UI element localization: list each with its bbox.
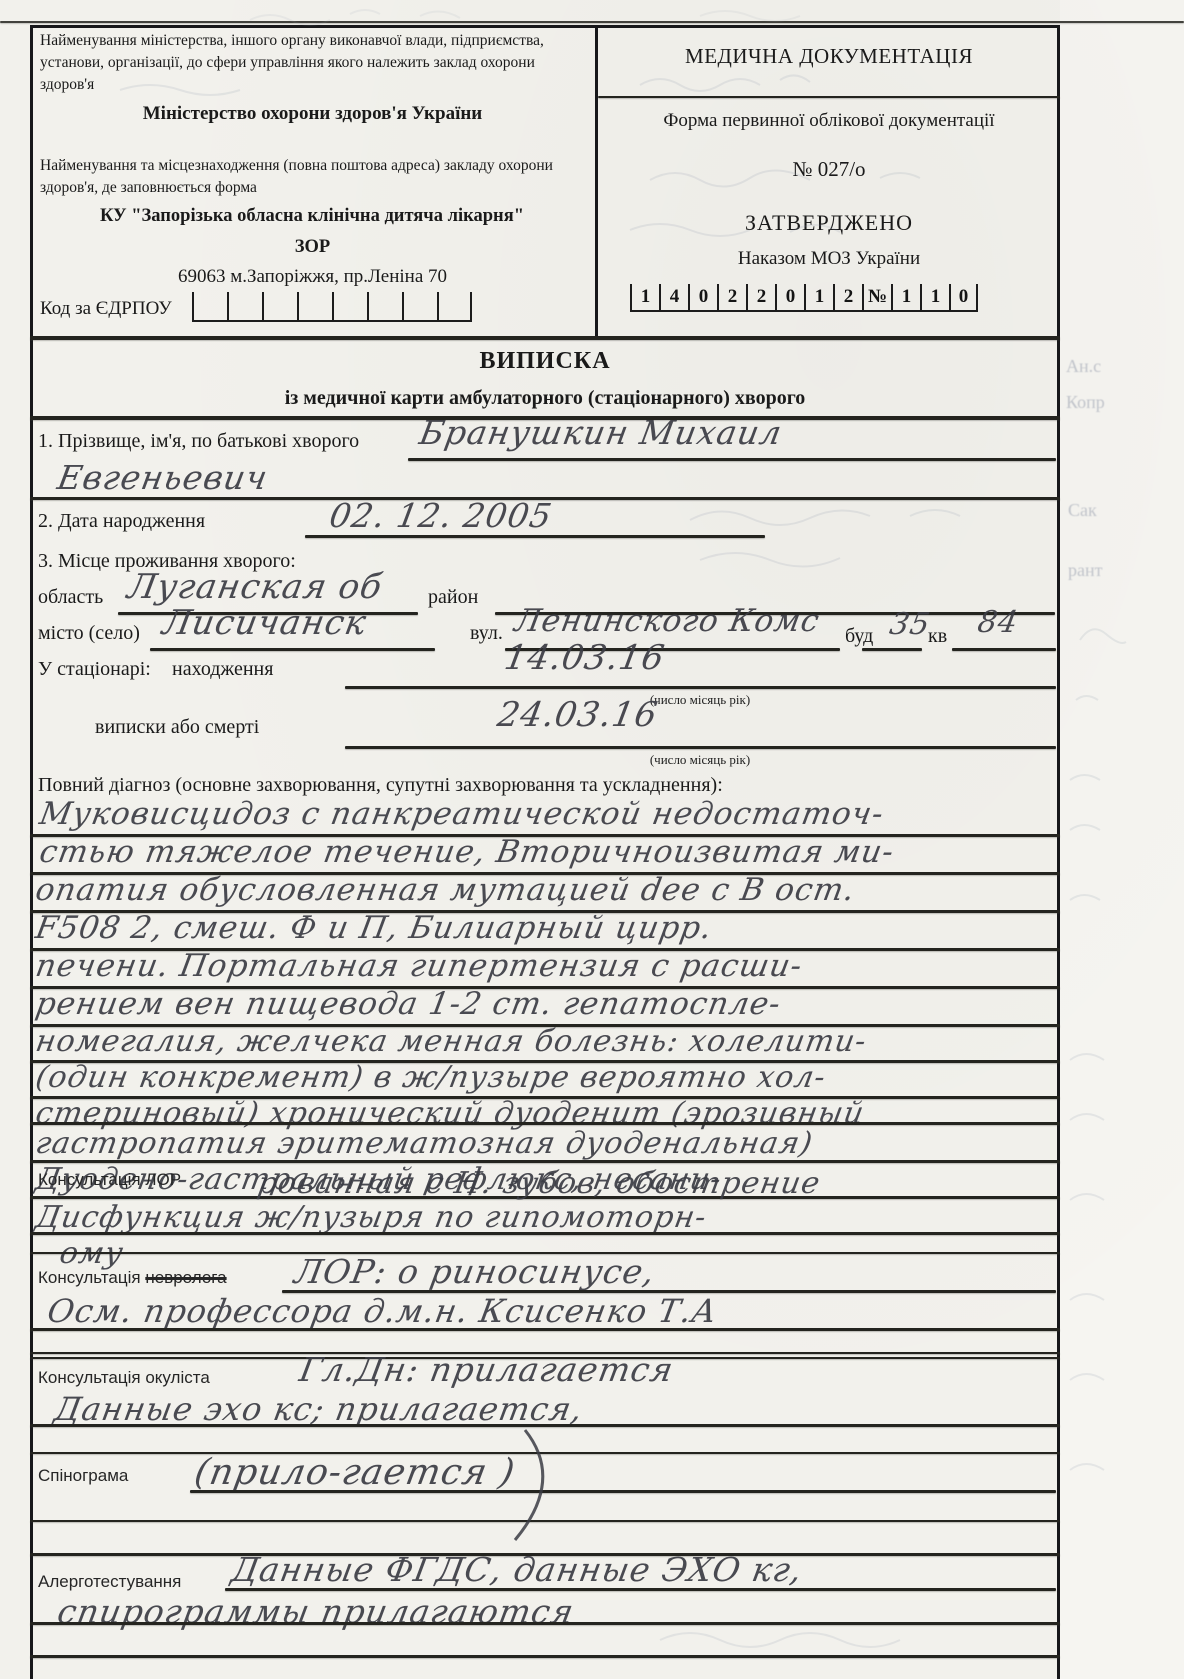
section-rule [30, 1622, 1060, 1625]
street-label: вул. [470, 622, 503, 645]
hospital-label: У стаціонарі: [38, 658, 151, 681]
form-caption: Форма первинної облікової документації [600, 110, 1058, 132]
diagnosis-line: гастропатия эритематозная дуоденальная) [33, 1126, 816, 1161]
birth-date-underline [305, 535, 765, 538]
bleed-through-text: рант [1068, 560, 1103, 581]
ministry-name: Міністерство охорони здоров'я України [40, 103, 585, 125]
form-number: № 027/о [600, 157, 1058, 182]
section-rule [30, 1655, 1060, 1658]
edrpou-cell [437, 292, 472, 322]
doc-type-title: МЕДИЧНА ДОКУМЕНТАЦІЯ [600, 44, 1058, 69]
discharge-underline [345, 746, 1056, 749]
oculist-underline [30, 1424, 1060, 1427]
diagnosis-line: рованная с Н. зубов, обострение [255, 1166, 823, 1201]
order-digit: 1 [804, 284, 833, 312]
bleed-through-text: Копр [1066, 392, 1105, 413]
diagnosis-label: Повний діагноз (основне захворювання, су… [38, 774, 723, 797]
city-label: місто (село) [38, 622, 140, 645]
allergy-underline [225, 1588, 1056, 1591]
admission-date-value: 14.03.16 [501, 638, 667, 678]
spirogram-underline [190, 1490, 1056, 1493]
order-digit: 2 [833, 284, 862, 312]
bleed-through-text: Сак [1068, 500, 1097, 521]
diagnosis-line: Муковисцидоз с панкреатической недостато… [37, 796, 887, 832]
facility-short-name: ЗОР [40, 237, 585, 258]
diagnosis-line: (один конкремент) в ж/пузыре вероятно хо… [33, 1060, 829, 1095]
section-rule [30, 1452, 1060, 1454]
patient-name-value: Бранушкин Михаил [417, 413, 786, 452]
edrpou-cell [262, 292, 297, 322]
approved-label: ЗАТВЕРДЖЕНО [600, 210, 1058, 236]
region-value: Луганская об [124, 567, 385, 607]
diagnosis-line: Дисфункция ж/пузыря по гипомоторн- [33, 1200, 710, 1235]
patient-name-label: 1. Прізвище, ім'я, по батькові хворого [38, 430, 359, 453]
diagnosis-line: F508 2, смеш. Ф и П, Билиарный цирр. [33, 910, 715, 946]
birth-date-value: 02. 12. 2005 [327, 496, 556, 535]
diagnosis-line: рением вен пищевода 1-2 ст. гепатоспле- [33, 986, 784, 1022]
diagnosis-line: печени. Портальная гипертензия с расши- [33, 948, 806, 984]
apartment-value: 84 [975, 605, 1021, 640]
city-underline [150, 648, 435, 651]
name-underline [408, 458, 1056, 461]
order-digit: 0 [949, 284, 978, 312]
order-digit: № [862, 284, 891, 312]
professor-note-underline [30, 1328, 1060, 1331]
birth-date-label: 2. Дата народження [38, 510, 205, 533]
neurologist-note-value: ЛОР: о риносинусе, [292, 1252, 659, 1291]
city-value: Лисичанск [159, 603, 369, 643]
discharge-date-value: 24.03.16 [494, 695, 660, 735]
diagnosis-ruled-line [30, 1232, 1060, 1235]
diagnosis-line: опатия обусловленная мутацией dee с В ос… [33, 872, 858, 908]
professor-exam-note: Осм. профессора д.м.н. Ксисенко Т.А [45, 1292, 721, 1330]
spirogram-label: Спінограма [38, 1466, 128, 1486]
header-column-divider [595, 25, 598, 340]
echo-note-value: Данные эхо кс; прилагается, [52, 1390, 586, 1428]
edrpou-label: Код за ЄДРПОУ [40, 298, 172, 320]
spirogram-attached-note: спирограммы прилагаются [55, 1592, 578, 1631]
apartment-label: кв [928, 625, 947, 648]
neurologist-label-struck: невролога [145, 1268, 226, 1287]
building-label: буд [845, 625, 873, 648]
order-digit: 1 [630, 284, 659, 312]
neurologist-consultation-label: Консультація невролога [38, 1268, 227, 1288]
scan-edge-line [0, 21, 1184, 23]
oculist-consultation-label: Консультація окуліста [38, 1368, 210, 1388]
lor-consultation-label: Консультація ЛОР [38, 1170, 181, 1190]
district-label: район [428, 586, 478, 609]
patient-name-value-2: Евгеньевич [55, 458, 272, 497]
admission-label: находження [172, 658, 273, 681]
order-digit: 1 [920, 284, 949, 312]
order-digit: 0 [688, 284, 717, 312]
edrpou-cell [367, 292, 402, 322]
edrpou-code-boxes [192, 292, 472, 322]
edrpou-cell [192, 292, 227, 322]
edrpou-cell [402, 292, 437, 322]
discharge-date-hint: (число місяць рік) [560, 752, 840, 768]
diagnosis-line: номегалия, желчека менная болезнь: холел… [33, 1024, 870, 1059]
region-label: область [38, 586, 103, 609]
order-digit: 1 [891, 284, 920, 312]
ministry-note: Найменування міністерства, іншого органу… [40, 30, 585, 96]
street-value: Ленинского Комс [512, 603, 823, 639]
diagnosis-ruled-line [30, 1122, 1060, 1125]
header-bottom-rule [30, 336, 1060, 340]
edrpou-cell [227, 292, 262, 322]
scanned-page: Найменування міністерства, іншого органу… [0, 0, 1184, 1679]
diagnosis-line: стью тяжелое течение, Вторичноизвитая ми… [37, 834, 897, 870]
order-digit: 2 [717, 284, 746, 312]
approved-by-label: Наказом МОЗ України [600, 248, 1058, 270]
document-title: ВИПИСКА [30, 348, 1060, 375]
allergy-testing-label: Алерготестування [38, 1572, 181, 1592]
neurologist-label-text: Консультація [38, 1268, 141, 1287]
document-subtitle: із медичної карти амбулаторного (стаціон… [30, 387, 1060, 410]
oculist-note-value: Гл.Дн: прилагается [297, 1350, 677, 1389]
facility-address: 69063 м.Запоріжжя, пр.Леніна 70 [40, 266, 585, 288]
order-number-boxes: 1 4 0 2 2 0 1 2 № 1 1 0 [630, 284, 978, 312]
edrpou-cell [297, 292, 332, 322]
admission-underline [345, 686, 1056, 689]
bleed-through-text: Ан.с [1066, 356, 1101, 377]
section-rule [30, 1520, 1060, 1522]
doc-type-underline [598, 96, 1060, 98]
edrpou-cell [332, 292, 367, 322]
apartment-underline [952, 648, 1056, 651]
order-digit: 4 [659, 284, 688, 312]
order-digit: 0 [775, 284, 804, 312]
order-digit: 2 [746, 284, 775, 312]
building-underline [862, 648, 922, 651]
discharge-label: виписки або смерті [95, 716, 259, 739]
spirogram-value: (прило-гается ) [191, 1452, 518, 1493]
building-value: 35 [887, 607, 933, 642]
facility-name: КУ "Запорізька обласна клінічна дитяча л… [36, 206, 588, 227]
facility-note: Найменування та місцезнаходження (повна … [40, 155, 585, 199]
allergy-note-value: Данные ФГДС, данные ЭХО кг, [229, 1550, 806, 1589]
